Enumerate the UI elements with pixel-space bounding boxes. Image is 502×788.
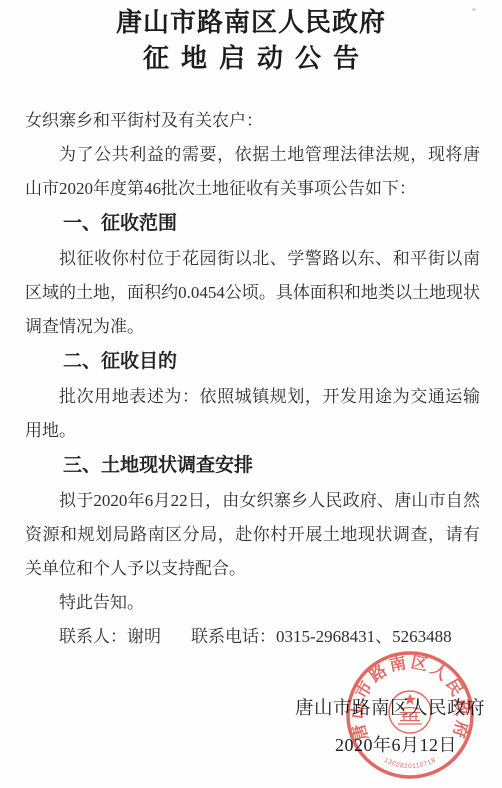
- section-2-heading: 二、征收目的: [25, 344, 480, 380]
- contact-phone-numbers: 0315-2968431、5263488: [276, 627, 452, 646]
- page-title: 唐山市路南区人民政府: [0, 7, 502, 39]
- intro-paragraph: 为了公共利益的需要，依据土地管理法律法规，现将唐山市2020年度第46批次土地征…: [25, 138, 480, 206]
- page-subtitle: 征地启动公告: [0, 42, 502, 76]
- seal-code: 1302820110718: [383, 757, 437, 770]
- official-seal: 唐山市路南区人民政府 1302820110718: [344, 649, 476, 781]
- section-3-heading: 三、土地现状调查安排: [25, 448, 480, 484]
- contact-phone-label: 联系电话：: [191, 627, 276, 646]
- contact-person-label: 联系人：: [59, 627, 127, 646]
- salutation: 女织寨乡和平街村及有关农户：: [25, 104, 480, 138]
- closing-line: 特此告知。: [25, 586, 480, 620]
- contact-person-name: 谢明: [127, 627, 161, 646]
- section-3-body: 拟于2020年6月22日，由女织寨乡人民政府、唐山市自然资源和规划局路南区分局，…: [25, 484, 480, 586]
- section-1-heading: 一、征收范围: [25, 206, 480, 242]
- svg-text:1302820110718: 1302820110718: [383, 757, 437, 770]
- announcement-page: 唐山市路南区人民政府 征地启动公告 女织寨乡和平街村及有关农户： 为了公共利益的…: [0, 0, 502, 788]
- scan-artifact: [472, 8, 476, 11]
- document-title-block: 唐山市路南区人民政府 征地启动公告: [0, 0, 502, 76]
- national-emblem-icon: [389, 691, 431, 733]
- section-2-body: 批次用地表述为：依照城镇规划，开发用途为交通运输用地。: [25, 380, 480, 448]
- document-body: 女织寨乡和平街村及有关农户： 为了公共利益的需要，依据土地管理法律法规，现将唐山…: [25, 104, 480, 654]
- section-1-body: 拟征收你村位于花园街以北、学警路以东、和平街以南区域的土地，面积约0.0454公…: [25, 242, 480, 344]
